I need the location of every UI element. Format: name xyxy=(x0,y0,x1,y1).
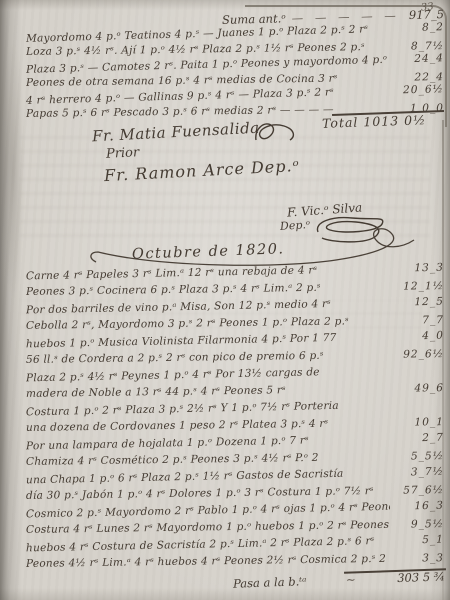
signature-prior-role: Prior xyxy=(106,145,140,162)
october-ledger-block: Carne 4 rˢ Papeles 3 rˢ Lim.ᵃ 12 rˢ una … xyxy=(26,266,444,572)
amount: 57_6½ xyxy=(390,484,444,497)
amount: 3_3 xyxy=(390,552,444,565)
amount: 49_6 xyxy=(390,382,444,395)
bleed-through-texture xyxy=(20,128,430,248)
carry-amount: 303 5 ¾ xyxy=(397,569,445,585)
paper-stain xyxy=(0,40,26,300)
amount: 5_1 xyxy=(390,534,444,547)
total-line: Total 1013 0½ xyxy=(322,112,427,131)
amount: 9_5½ xyxy=(390,518,444,531)
amount: 22_4 xyxy=(390,71,444,84)
amount: 8_2 xyxy=(390,21,444,35)
amount: 10_1 xyxy=(390,416,444,429)
september-ledger-block: Mayordomo 4 p.ᵒ Teatinos 4 p.ˢ — Juanes … xyxy=(26,27,444,120)
carry-label: Pasa a la b.ᵗᵃ xyxy=(233,574,307,591)
amount: 92_6½ xyxy=(390,348,444,361)
signature-prior: Fr. Matia Fuensalida xyxy=(92,119,260,146)
amount: 2_7 xyxy=(390,432,444,445)
amount: 8_7½ xyxy=(390,40,444,53)
amount: 12_5 xyxy=(390,296,444,309)
month-heading: Octubre de 1820. xyxy=(132,241,285,262)
signature-vicario-role: Dep.ᵒ xyxy=(280,218,311,233)
amount: 13_3 xyxy=(390,262,444,275)
suma-label: Suma ant.ᵒ xyxy=(222,11,286,27)
amount: 7_7 xyxy=(390,314,444,327)
amount xyxy=(390,373,444,374)
amount: 3_7½ xyxy=(390,466,444,479)
amount xyxy=(390,407,444,408)
suma-amount: 917_5 xyxy=(409,7,444,22)
carry-forward-line: Pasa a la b.ᵗᵃ ~ 303 5 ¾ xyxy=(233,569,445,590)
amount: 5_5½ xyxy=(390,450,444,463)
amount: 12_1½ xyxy=(390,280,444,293)
amount: 20_6½ xyxy=(390,83,444,97)
leader-squiggle: ~ xyxy=(314,571,389,588)
amount: 4_0 xyxy=(390,330,444,343)
amount: 16_3 xyxy=(390,500,444,513)
manuscript-page: 33 Suma ant.ᵒ — — — — — 917_5 Mayordomo … xyxy=(0,0,450,600)
amount: 24_4 xyxy=(390,52,444,66)
signature-vicario: F. Vic.ᵒ Silva xyxy=(287,200,363,219)
